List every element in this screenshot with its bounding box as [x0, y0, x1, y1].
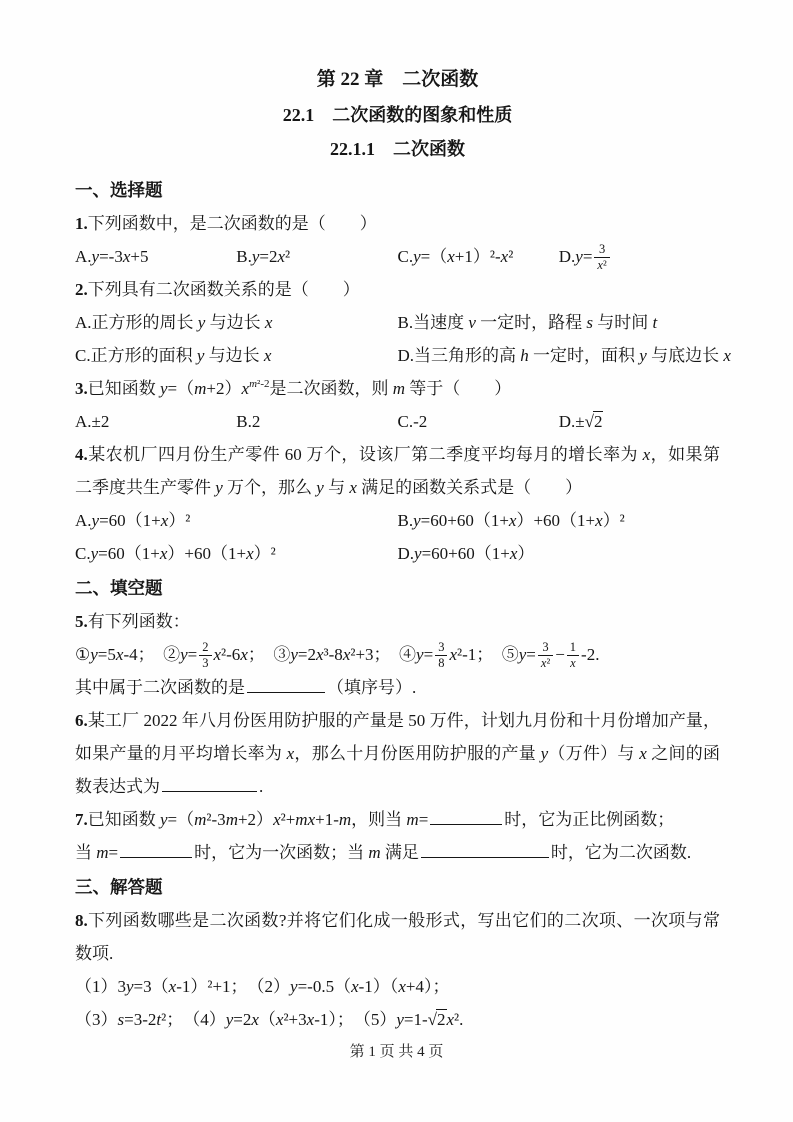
text-run: 其中属于二次函数的是 [75, 678, 245, 697]
q1-option-b: B.y=2x² [236, 240, 397, 273]
answer-blank [120, 841, 192, 858]
text-run: 三、解答题 [75, 877, 163, 897]
text-run: B.y=60+60（1+x）+60（1+x）² [398, 511, 625, 530]
text-run: （填序号）. [327, 678, 416, 697]
question-number: 4. [75, 445, 88, 464]
text-run: . [259, 777, 263, 796]
fraction-denominator: 8 [435, 655, 447, 670]
question-4-options-row-1: A.y=60（1+x）²B.y=60+60（1+x）+60（1+x）² [75, 504, 720, 537]
text-run: x²-6x； ③y=2x³-8x²+3； ④y= [214, 645, 434, 664]
text-run: 一、选择题 [75, 180, 163, 200]
text-run: D.y=60+60（1+x） [398, 544, 535, 563]
question-number: 8. [75, 911, 88, 930]
text-run: ①y=5x-4； ②y= [75, 645, 197, 664]
question-4-stem: 4.某农机厂四月份生产零件 60 万个，设该厂第二季度平均每月的增长率为 x，如… [75, 438, 720, 504]
text-run: C.正方形的面积 y 与边长 x [75, 346, 271, 365]
text-run: 有下列函数： [88, 612, 190, 631]
q3-option-a: A.±2 [75, 405, 236, 438]
q2-option-b: B.当速度 v 一定时，路程 s 与时间 t [398, 306, 721, 339]
superscript-exponent: m²-2 [249, 378, 269, 390]
q2-option-d: D.当三角形的高 h 一定时，面积 y 与底边长 x [398, 339, 721, 372]
text-run: 下列函数哪些是二次函数?并将它们化成一般形式，写出它们的二次项、一次项与常数项. [75, 911, 720, 963]
text-run: D.± [559, 412, 585, 431]
content-root: 一、选择题1.下列函数中，是二次函数的是（ ）A.y=-3x+5B.y=2x²C… [75, 174, 720, 1036]
fraction: 38 [435, 640, 447, 670]
square-root: √2 [428, 1010, 447, 1029]
text-run: 某农机厂四月份生产零件 60 万个，设该厂第二季度平均每月的增长率为 x，如果第… [75, 445, 720, 497]
chapter-title: 第 22 章 二次函数 [75, 62, 720, 98]
question-8-items-line-2: （3）s=3-2t²； （4）y=2x（x²+3x-1）； （5）y=1-√2x… [75, 1003, 720, 1036]
text-run: （3）s=3-2t²； （4）y=2x（x²+3x-1）； （5）y=1- [75, 1010, 428, 1029]
question-number: 5. [75, 612, 88, 631]
question-2-stem: 2.下列具有二次函数关系的是（ ） [75, 273, 720, 306]
q3-option-b: B.2 [236, 405, 397, 438]
answer-blank [247, 676, 325, 693]
q4-option-b: B.y=60+60（1+x）+60（1+x）² [398, 504, 721, 537]
question-1-options: A.y=-3x+5B.y=2x²C.y=（x+1）²-x²D.y=3x² [75, 240, 720, 273]
question-number: 1. [75, 214, 88, 233]
fraction: 1x [567, 640, 579, 670]
q3-option-c: C.-2 [398, 405, 559, 438]
text-run: 下列函数中，是二次函数的是（ ） [88, 214, 377, 233]
worksheet-page: 第 22 章 二次函数 22.1 二次函数的图象和性质 22.1.1 二次函数 … [0, 0, 793, 1122]
fraction: 3x² [538, 640, 553, 670]
fraction: 3x² [594, 242, 609, 272]
question-2-options-row-1: A.正方形的周长 y 与边长 xB.当速度 v 一定时，路程 s 与时间 t [75, 306, 720, 339]
square-root: √2 [585, 412, 604, 431]
question-number: 2. [75, 280, 88, 299]
section-heading-choice: 一、选择题 [75, 174, 720, 207]
q4-option-a: A.y=60（1+x）² [75, 504, 398, 537]
text-run: C.y=60（1+x）+60（1+x）² [75, 544, 276, 563]
question-number: 3. [75, 379, 88, 398]
text-run: 二、填空题 [75, 578, 163, 598]
answer-blank [430, 808, 502, 825]
question-4-options-row-2: C.y=60（1+x）+60（1+x）²D.y=60+60（1+x） [75, 537, 720, 570]
text-run: D.当三角形的高 h 一定时，面积 y 与底边长 x [398, 346, 731, 365]
text-run: 下列具有二次函数关系的是（ ） [88, 280, 360, 299]
text-run: 是二次函数，则 m 等于（ ） [269, 379, 511, 398]
text-run: A.y=-3x+5 [75, 247, 148, 266]
q1-option-d: D.y=3x² [559, 240, 720, 273]
text-run: 已知函数 y=（m²-3m+2）x²+mx+1-m，则当 m= [88, 810, 429, 829]
text-run: A.正方形的周长 y 与边长 x [75, 313, 272, 332]
fraction-denominator: x² [538, 655, 553, 670]
text-run: B.y=2x² [236, 247, 290, 266]
question-7-stem-line-2: 当 m=时，它为一次函数；当 m 满足时，它为二次函数. [75, 836, 720, 869]
fraction: 23 [199, 640, 211, 670]
question-5-answer-line: 其中属于二次函数的是（填序号）. [75, 671, 720, 704]
q4-option-c: C.y=60（1+x）+60（1+x）² [75, 537, 398, 570]
text-run: 当 m= [75, 843, 118, 862]
fraction-numerator: 2 [199, 640, 211, 654]
q1-option-a: A.y=-3x+5 [75, 240, 236, 273]
fraction-numerator: 3 [596, 242, 608, 256]
fraction-denominator: x [567, 655, 579, 670]
question-5-stem: 5.有下列函数： [75, 605, 720, 638]
question-number: 7. [75, 810, 88, 829]
section-heading-solve: 三、解答题 [75, 871, 720, 904]
text-run: A.±2 [75, 412, 109, 431]
section-title: 22.1 二次函数的图象和性质 [75, 98, 720, 132]
text-run: A.y=60（1+x）² [75, 511, 190, 530]
q2-option-a: A.正方形的周长 y 与边长 x [75, 306, 398, 339]
answer-blank [421, 841, 549, 858]
fraction-numerator: 3 [539, 640, 551, 654]
text-run: 时，它为二次函数. [551, 843, 691, 862]
q1-option-c: C.y=（x+1）²-x² [398, 240, 559, 273]
question-2-options-row-2: C.正方形的面积 y 与边长 xD.当三角形的高 h 一定时，面积 y 与底边长… [75, 339, 720, 372]
text-run: B.当速度 v 一定时，路程 s 与时间 t [398, 313, 658, 332]
text-run: C.-2 [398, 412, 428, 431]
subsection-title: 22.1.1 二次函数 [75, 132, 720, 166]
text-run: 时，它为一次函数；当 m 满足 [194, 843, 419, 862]
question-number: 6. [75, 711, 88, 730]
document-header: 第 22 章 二次函数 22.1 二次函数的图象和性质 22.1.1 二次函数 [75, 62, 720, 166]
q2-option-c: C.正方形的面积 y 与边长 x [75, 339, 398, 372]
fraction-numerator: 3 [435, 640, 447, 654]
radicand: 2 [436, 1009, 447, 1029]
radicand: 2 [593, 411, 604, 431]
question-3-options: A.±2B.2C.-2D.±√2 [75, 405, 720, 438]
question-5-functions: ①y=5x-4； ②y=23x²-6x； ③y=2x³-8x²+3； ④y=38… [75, 638, 720, 671]
fraction-denominator: 3 [199, 655, 211, 670]
answer-blank [162, 775, 257, 792]
question-7-stem-line-1: 7.已知函数 y=（m²-3m+2）x²+mx+1-m，则当 m=时，它为正比例… [75, 803, 720, 836]
question-6-stem: 6.某工厂 2022 年八月份医用防护服的产量是 50 万件，计划九月份和十月份… [75, 704, 720, 803]
text-run: x². [447, 1010, 464, 1029]
text-run: C.y=（x+1）²-x² [398, 247, 514, 266]
question-1-stem: 1.下列函数中，是二次函数的是（ ） [75, 207, 720, 240]
text-run: − [555, 645, 565, 664]
question-8-items-line-1: （1）3y=3（x-1）²+1； （2）y=-0.5（x-1）（x+4）； [75, 970, 720, 1003]
fraction-denominator: x² [594, 257, 609, 272]
text-run: （1）3y=3（x-1）²+1； （2）y=-0.5（x-1）（x+4）； [75, 977, 449, 996]
page-footer: 第 1 页 共 4 页 [0, 1040, 793, 1061]
text-run: x²-1； ⑤y= [449, 645, 535, 664]
q3-option-d: D.±√2 [559, 405, 720, 438]
text-run: 已知函数 y=（m+2）x [88, 379, 249, 398]
text-run: D.y= [559, 247, 593, 266]
q4-option-d: D.y=60+60（1+x） [398, 537, 721, 570]
text-run: -2. [581, 645, 599, 664]
question-3-stem: 3.已知函数 y=（m+2）xm²-2是二次函数，则 m 等于（ ） [75, 372, 720, 405]
fraction-numerator: 1 [567, 640, 579, 654]
text-run: B.2 [236, 412, 260, 431]
question-8-stem: 8.下列函数哪些是二次函数?并将它们化成一般形式，写出它们的二次项、一次项与常数… [75, 904, 720, 970]
section-heading-fill: 二、填空题 [75, 572, 720, 605]
text-run: 时，它为正比例函数； [504, 810, 674, 829]
